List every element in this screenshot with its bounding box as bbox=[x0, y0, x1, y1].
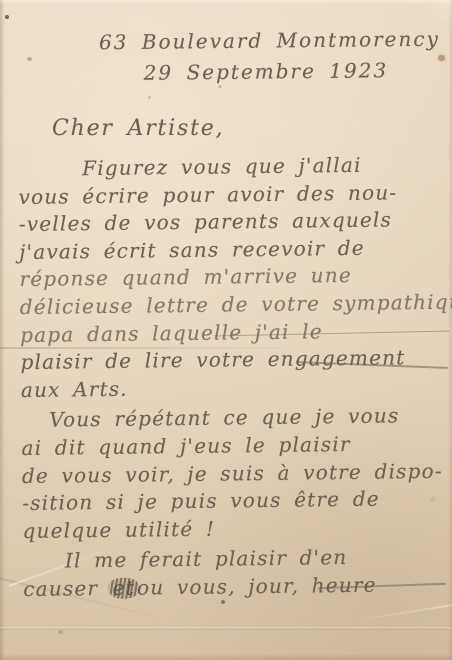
stain-spot bbox=[148, 96, 151, 99]
letter-line-fragment: causer bbox=[23, 576, 111, 601]
paragraph-2: Vous répétant ce que je vous ai dit quan… bbox=[21, 402, 451, 545]
paragraph-3: Il me ferait plaisir d'en causer etou vo… bbox=[23, 543, 452, 603]
letter-header: 63 Boulevard Montmorency 29 Septembre 19… bbox=[0, 24, 440, 91]
letter-line: plaisir de lire votre engagement bbox=[20, 344, 448, 377]
corner-crease bbox=[343, 603, 452, 624]
paper-edge-shadow-bottom bbox=[0, 654, 452, 660]
letter-page: 63 Boulevard Montmorency 29 Septembre 19… bbox=[0, 0, 452, 660]
letter-line: quelque utilité ! bbox=[22, 512, 450, 545]
address-line: 63 Boulevard Montmorency bbox=[0, 24, 440, 60]
scratched-out-word: et bbox=[111, 575, 138, 599]
letter-line: de vous voir, je suis à votre dispo- bbox=[22, 457, 450, 490]
stain-spot bbox=[5, 15, 9, 19]
paper-edge-highlight-top bbox=[0, 0, 452, 4]
letter-line: causer etou vous, jour, heure bbox=[23, 571, 451, 604]
letter-line: -velles de vos parents auxquels bbox=[19, 206, 447, 239]
letter-line: Vous répétant ce que je vous bbox=[21, 402, 449, 435]
fold-crease bbox=[0, 627, 452, 630]
stain-spot bbox=[58, 630, 63, 634]
letter-body: Figurez vous que j'allai vous écrire pou… bbox=[18, 151, 451, 607]
letter-line: délicieuse lettre de votre sympathique bbox=[20, 289, 448, 322]
letter-line: aux Arts. bbox=[21, 372, 449, 405]
salutation: Cher Artiste, bbox=[52, 116, 224, 141]
paragraph-1: Figurez vous que j'allai vous écrire pou… bbox=[18, 151, 449, 405]
letter-line-fragment: ou vous, jour, heure bbox=[137, 573, 377, 600]
date-line: 29 Septembre 1923 bbox=[0, 55, 388, 90]
paper-edge-shadow-left bbox=[0, 0, 5, 660]
